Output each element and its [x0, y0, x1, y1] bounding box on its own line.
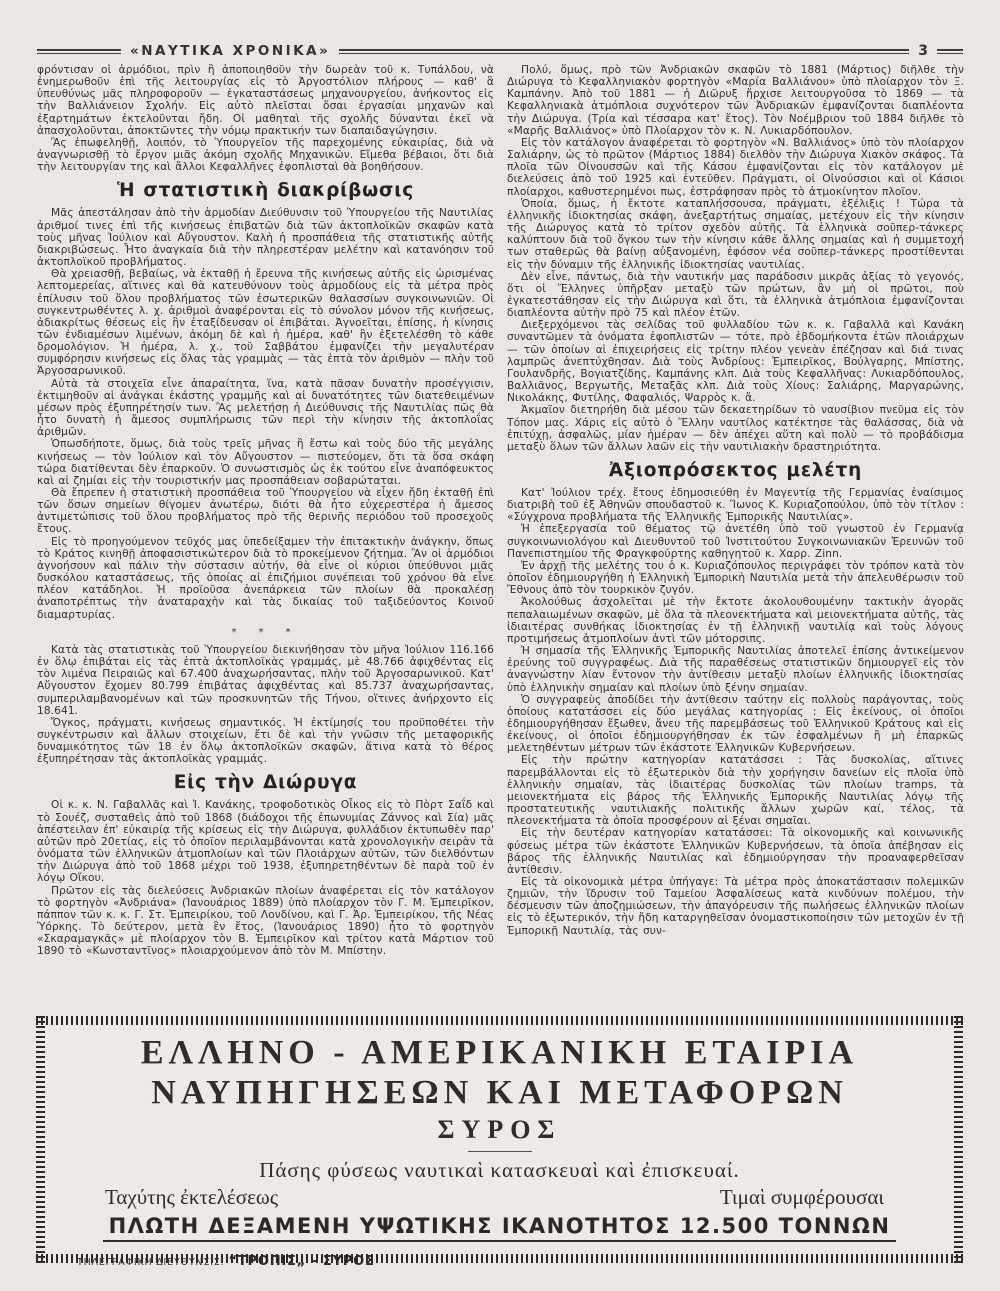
magazine-page: «ΝΑΥΤΙΚΑ ΧΡΟΝΙΚΑ» 3 φρόντισαν οἱ ἁρμόδιο… [0, 0, 1000, 1291]
masthead-title: «ΝΑΥΤΙΚΑ ΧΡΟΝΙΚΑ» [130, 43, 330, 59]
paragraph: Διεξερχόμενοι τὰς σελίδας τοῦ φυλλαδίου … [507, 319, 964, 404]
paragraph: Ἀκμαῖον διετηρήθη διὰ μέσου τῶν δεκαετηρ… [507, 404, 964, 453]
ad-price-note: Τιμαὶ συμφέρουσαι [720, 1184, 884, 1210]
section-divider: * * * [37, 627, 494, 639]
paragraph: Εἰς τὸ προηγούμενον τεῦχός μας ὑπεδείξαμ… [37, 536, 494, 621]
paragraph: Εἰς τὸν κατάλογον ἀναφέρεται τὸ φορτηγὸν… [507, 137, 964, 198]
ad-speed-note: Ταχύτης ἐκτελέσεως [105, 1184, 278, 1210]
ad-border-left [36, 1016, 45, 1263]
paragraph: Δὲν εἶνε, πάντως, διὰ τὴν ναυτικήν μας π… [507, 271, 964, 320]
paragraph: Πολύ, ὅμως, πρὸ τῶν Ἀνδριακῶν σκαφῶν τὸ … [507, 64, 964, 137]
advertisement: ΕΛΛΗΝΟ - ΑΜΕΡΙΚΑΝΙΚΗ ΕΤΑΙΡΙΑ ΝΑΥΠΗΓΗΣΕΩΝ… [36, 1016, 963, 1263]
section-title-statistics: Ἡ στατιστικὴ διακρίβωσις [37, 180, 494, 202]
paragraph: Μᾶς ἀπεστάλησαν ἀπὸ τὴν ἁρμοδίαν Διεύθυν… [37, 207, 494, 268]
header-rule-center [339, 49, 909, 54]
paragraph: Θὰ ἔπρεπεν ἡ στατιστικὴ προσπάθεια τοῦ Ὑ… [37, 487, 494, 536]
ad-notes-row: Ταχύτης ἐκτελέσεως Τιμαὶ συμφέρουσαι [75, 1182, 924, 1210]
ad-floating-dock-line: ΠΛΩΤΗ ΔΕΞΑΜΕΝΗ ΥΨΩΤΙΚΗΣ ΙΚΑΝΟΤΗΤΟΣ 12.50… [103, 1214, 897, 1242]
paragraph: Ἡ σημασία τῆς Ἑλληνικῆς Ἐμπορικῆς Ναυτιλ… [507, 645, 964, 694]
header-rule-right [937, 49, 963, 54]
paragraph: Ἐν ἀρχῇ τῆς μελέτης του ὁ κ. Κυριαζόπουλ… [507, 560, 964, 596]
header-rule-left [37, 49, 121, 54]
paragraph: Κατ' Ἰούλιον τρέχ. ἔτους ἐδημοσιεύθη ἐν … [507, 487, 964, 523]
paragraph: Ἂς ἐπωφεληθῇ, λοιπόν, τὸ Ὑπουργεῖον τῆς … [37, 137, 494, 173]
paragraph: Ὁ συγγραφεὺς ἀποδίδει τὴν ἀντίθεσιν ταύτ… [507, 694, 964, 755]
ad-telegraph-line: ΤΗΛΕΓΡΑΦΙΚΗ ΔΙΕΥΘΥΝΣΙΣ: “ΤΡΟΠΙΣ„ - ΣΥΡΟΣ [75, 1252, 924, 1270]
paragraph: Εἰς τὰ οἰκονομικὰ μέτρα ὑπήγαγε: Τὰ μέτρ… [507, 876, 964, 937]
paragraph: Ὁπωσδήποτε, ὅμως, διὰ τοὺς τρεῖς μῆνας ἢ… [37, 438, 494, 487]
column-left: φρόντισαν οἱ ἁρμόδιοι, πρὶν ἢ ἀποποιηθοῦ… [37, 64, 494, 1012]
ad-content: ΕΛΛΗΝΟ - ΑΜΕΡΙΚΑΝΙΚΗ ΕΤΑΙΡΙΑ ΝΑΥΠΗΓΗΣΕΩΝ… [45, 1025, 954, 1254]
section-title-canal: Εἰς τὴν Διώρυγα [37, 772, 494, 794]
ad-tagline: Πάσης φύσεως ναυτικαὶ κατασκευαὶ καὶ ἐπι… [75, 1158, 924, 1182]
paragraph: Πρῶτον εἰς τὰς διελεύσεις Ἀνδριακῶν πλοί… [37, 885, 494, 958]
ad-company-name-line1: ΕΛΛΗΝΟ - ΑΜΕΡΙΚΑΝΙΚΗ ΕΤΑΙΡΙΑ [75, 1033, 924, 1073]
ad-border-top [36, 1016, 963, 1025]
paragraph: Ὁποία, ὅμως, ἡ ἔκτοτε καταπλήσσουσα, πρά… [507, 198, 964, 271]
ad-location: ΣΥΡΟΣ [75, 1115, 924, 1145]
ad-border-right [954, 1016, 963, 1263]
paragraph: Αὐτὰ τὰ στοιχεῖα εἶνε ἀπαραίτητα, ἵνα, κ… [37, 378, 494, 439]
page-header: «ΝΑΥΤΙΚΑ ΧΡΟΝΙΚΑ» 3 [37, 44, 963, 58]
ad-capacity-wrap: ΠΛΩΤΗ ΔΕΞΑΜΕΝΗ ΥΨΩΤΙΚΗΣ ΙΚΑΝΟΤΗΤΟΣ 12.50… [75, 1210, 924, 1242]
ad-telegraph-value: “ΤΡΟΠΙΣ„ - ΣΥΡΟΣ [229, 1254, 375, 1269]
ad-telegraph-label: ΤΗΛΕΓΡΑΦΙΚΗ ΔΙΕΥΘΥΝΣΙΣ: [77, 1257, 225, 1268]
column-right: Πολύ, ὅμως, πρὸ τῶν Ἀνδριακῶν σκαφῶν τὸ … [507, 64, 964, 1012]
paragraph: Εἰς τὴν πρώτην κατηγορίαν κατατάσσει : Τ… [507, 754, 964, 827]
section-title-study: Ἀξιοπρόσεκτος μελέτη [507, 460, 964, 482]
paragraph: Θὰ χρειασθῇ, βεβαίως, νὰ ἐκταθῇ ἡ ἔρευνα… [37, 268, 494, 377]
paragraph: Ἀκολούθως ἀσχολεῖται μὲ τὴν ἔκτοτε ἀκολο… [507, 596, 964, 645]
paragraph: Ὄγκος, πράγματι, κινήσεως σημαντικός. Ἡ … [37, 717, 494, 766]
paragraph: φρόντισαν οἱ ἁρμόδιοι, πρὶν ἢ ἀποποιηθοῦ… [37, 64, 494, 137]
paragraph: Εἰς τὴν δευτέραν κατηγορίαν κατατάσσει: … [507, 827, 964, 876]
paragraph: Κατὰ τὰς στατιστικὰς τοῦ Ὑπουργείου διεκ… [37, 644, 494, 717]
page-number: 3 [918, 43, 928, 59]
paragraph: Οἱ κ. κ. Ν. Γαβαλλᾶς καὶ Ἰ. Κανάκης, τρο… [37, 799, 494, 884]
paragraph: Ἡ ἐπεξεργασία τοῦ θέματος τῷ ἀνετέθη ὑπὸ… [507, 523, 964, 559]
ad-divider-rule [468, 1151, 532, 1152]
ad-company-name-line2: ΝΑΥΠΗΓΗΣΕΩΝ ΚΑΙ ΜΕΤΑΦΟΡΩΝ [75, 1073, 924, 1113]
